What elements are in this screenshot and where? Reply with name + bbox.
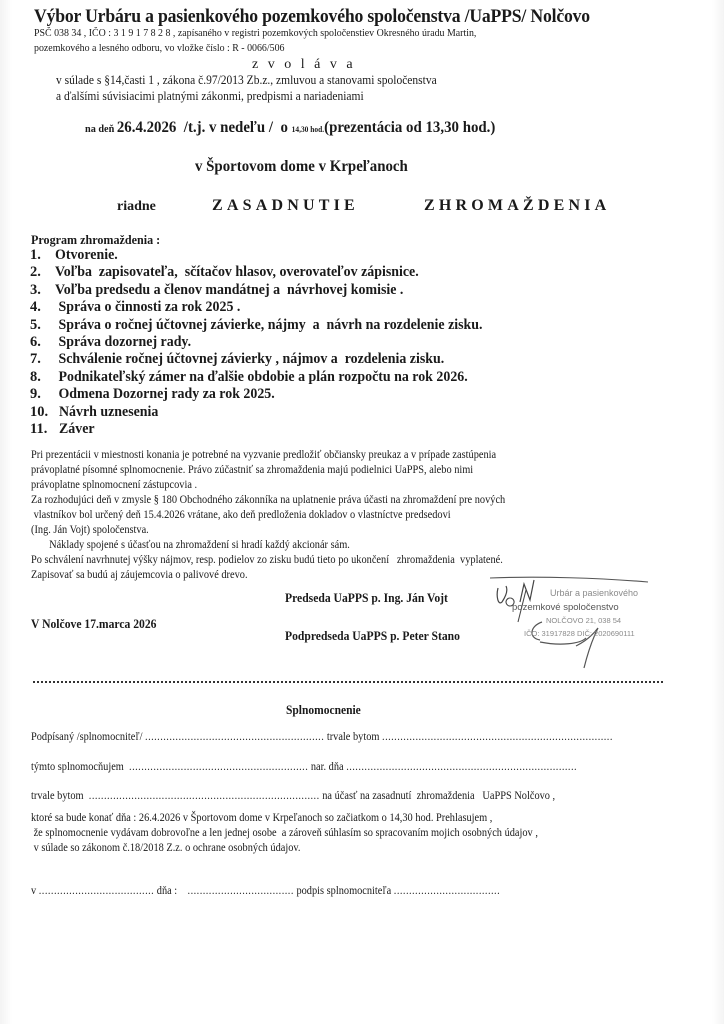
- proxy-row-3: trvale bytom ...........................…: [31, 790, 555, 802]
- residence-label: trvale bytom: [324, 731, 382, 743]
- program-item: 9. Odmena Dozornej rady za rok 2025.: [30, 386, 500, 403]
- sign-date-field[interactable]: ...................................: [188, 885, 294, 897]
- program-item-number: 10.: [30, 404, 59, 421]
- proxy-name-field[interactable]: ........................................…: [129, 761, 308, 773]
- program-item-number: 1.: [30, 247, 55, 264]
- program-item-text: Správa o ročnej účtovnej závierke, nájmy…: [55, 317, 483, 334]
- program-item-number: 6.: [30, 334, 55, 351]
- signature-field[interactable]: ...................................: [394, 885, 500, 897]
- program-item-number: 7.: [30, 351, 55, 368]
- registration-time: (prezentácia od 13,30 hod.): [324, 119, 495, 136]
- program-item: 6. Správa dozornej rady.: [30, 334, 500, 351]
- notes-line-8: Po schválení navrhnutej výšky nájmov, re…: [31, 554, 503, 566]
- proxy-residence-field[interactable]: ........................................…: [89, 790, 320, 802]
- proxy-residence-label: trvale bytom: [31, 790, 89, 802]
- place-label: v: [31, 885, 39, 897]
- proxy-form-title: Splnomocnenie: [286, 703, 361, 718]
- legal-basis-line-2: a ďalšími súvisiacimi platnými zákonmi, …: [56, 89, 364, 104]
- notes-line-4: Za rozhodujúci deň v zmysle § 180 Obchod…: [31, 494, 505, 506]
- program-item-text: Správa o činnosti za rok 2025 .: [55, 299, 240, 316]
- program-item-text: Záver: [59, 421, 95, 438]
- program-item-number: 11.: [30, 421, 59, 438]
- proxy-row-2: týmto splnomocňujem ....................…: [31, 761, 577, 773]
- proxy-row-1: Podpísaný /splnomocniteľ/ ..............…: [31, 731, 613, 743]
- program-item-text: Voľba predsedu a členov mandátnej a návr…: [55, 282, 403, 299]
- birth-date-label: nar. dňa: [308, 761, 346, 773]
- organization-title: Výbor Urbáru a pasienkového pozemkového …: [34, 6, 590, 28]
- program-item-text: Správa dozornej rady.: [55, 334, 191, 351]
- notes-line-5: vlastníkov bol určený deň 15.4.2026 vrát…: [31, 509, 451, 521]
- meeting-type: riadne: [117, 199, 156, 215]
- notes-line-2: právoplatné písomné splnomocnenie. Právo…: [31, 464, 473, 476]
- program-item-number: 3.: [30, 282, 55, 299]
- meeting-date: 26.4.2026: [117, 119, 177, 136]
- program-item-text: Otvorenie.: [55, 247, 118, 264]
- program-item-number: 2.: [30, 264, 55, 281]
- registry-line-2: pozemkového a lesného odboru, vo vložke …: [34, 42, 284, 54]
- program-item-number: 9.: [30, 386, 55, 403]
- program-item-text: Podnikateľský zámer na ďalšie obdobie a …: [55, 369, 468, 386]
- proxy-birth-date-field[interactable]: ........................................…: [346, 761, 577, 773]
- program-item-text: Odmena Dozornej rady za rok 2025.: [55, 386, 275, 403]
- meeting-time: 14,30 hod.: [292, 125, 324, 134]
- meeting-date-line: na deň 26.4.2026 /t.j. v nedeľu / o 14,3…: [85, 119, 495, 137]
- stamp-text-3: NOLČOVO 21, 038 54: [546, 616, 621, 625]
- program-list: 1.Otvorenie.2.Voľba zapisovateľa, sčítač…: [30, 247, 500, 438]
- program-item-text: Voľba zapisovateľa, sčítačov hlasov, ove…: [55, 264, 419, 281]
- legal-basis-line-1: v súlade s §14,časti 1 , zákona č.97/201…: [56, 73, 437, 88]
- official-stamp: Urbár a pasienkového pozemkové spoločens…: [480, 572, 720, 672]
- notes-line-6: (Ing. Ján Vojt) spoločenstva.: [31, 524, 149, 536]
- program-item: 5. Správa o ročnej účtovnej závierke, ná…: [30, 317, 500, 334]
- cut-line-divider: [33, 681, 663, 683]
- meeting-weekday: /t.j. v nedeľu / o: [176, 119, 291, 136]
- program-item: 2.Voľba zapisovateľa, sčítačov hlasov, o…: [30, 264, 500, 281]
- stamp-text-4: IČO: 31917828 DIČ: 2020690111: [524, 629, 635, 638]
- notes-line-1: Pri prezentácii v miestnosti konania je …: [31, 449, 496, 461]
- notes-line-9: Zapisovať sa budú aj záujemcovia o paliv…: [31, 569, 248, 581]
- program-item-text: Schválenie ročnej účtovnej závierky , ná…: [55, 351, 444, 368]
- meeting-title-word-2: ZHROMAŽDENIA: [424, 197, 610, 215]
- participation-label: na účasť na zasadnutí zhromaždenia UaPPS…: [320, 790, 556, 802]
- program-item: 3.Voľba predsedu a členov mandátnej a ná…: [30, 282, 500, 299]
- grantor-residence-field[interactable]: ........................................…: [382, 731, 613, 743]
- program-item: 4. Správa o činnosti za rok 2025 .: [30, 299, 500, 316]
- proxy-sign-row: v ......................................…: [31, 885, 500, 897]
- registry-line-1: PSČ 038 34 , IČO : 3 1 9 1 7 8 2 8 , zap…: [34, 27, 476, 39]
- chair-signature-line: Predseda UaPPS p. Ing. Ján Vojt: [285, 591, 448, 606]
- program-item-text: Návrh uznesenia: [59, 404, 158, 421]
- program-item: 8. Podnikateľský zámer na ďalšie obdobie…: [30, 369, 500, 386]
- program-heading: Program zhromaždenia :: [31, 232, 160, 248]
- signature-label: podpis splnomocniteľa: [294, 885, 394, 897]
- authorize-label: týmto splnomocňujem: [31, 761, 129, 773]
- program-item-number: 5.: [30, 317, 55, 334]
- grantor-label: Podpísaný /splnomocniteľ/: [31, 731, 142, 743]
- meeting-venue: v Športovom dome v Krpeľanoch: [195, 158, 408, 176]
- proxy-text-line-3: v súlade so zákonom č.18/2018 Z.z. o och…: [31, 842, 301, 854]
- notes-line-3: právoplatne splnomocnení zástupcovia .: [31, 479, 197, 491]
- notes-line-7: Náklady spojené s účasťou na zhromaždení…: [31, 539, 350, 551]
- program-item: 7. Schválenie ročnej účtovnej závierky ,…: [30, 351, 500, 368]
- grantor-name-field[interactable]: ........................................…: [145, 731, 324, 743]
- stamp-text-1: Urbár a pasienkového: [550, 588, 638, 598]
- stamp-text-2: pozemkové spoločenstvo: [512, 602, 619, 613]
- proxy-text-line-2: že splnomocnenie vydávam dobrovoľne a le…: [31, 827, 538, 839]
- program-item-number: 8.: [30, 369, 55, 386]
- program-item: 10.Návrh uznesenia: [30, 404, 500, 421]
- convocation-verb: z v o l á v a: [252, 57, 356, 73]
- sign-date-label: dňa :: [154, 885, 187, 897]
- place-and-date: V Nolčove 17.marca 2026: [31, 617, 156, 632]
- program-item-number: 4.: [30, 299, 55, 316]
- vice-chair-signature-line: Podpredseda UaPPS p. Peter Stano: [285, 629, 460, 644]
- meeting-title-word-1: ZASADNUTIE: [212, 197, 359, 215]
- date-prefix: na deň: [85, 123, 117, 135]
- proxy-text-line-1: ktoré sa bude konať dňa : 26.4.2026 v Šp…: [31, 812, 492, 824]
- program-item: 11.Záver: [30, 421, 500, 438]
- sign-place-field[interactable]: ......................................: [39, 885, 154, 897]
- program-item: 1.Otvorenie.: [30, 247, 500, 264]
